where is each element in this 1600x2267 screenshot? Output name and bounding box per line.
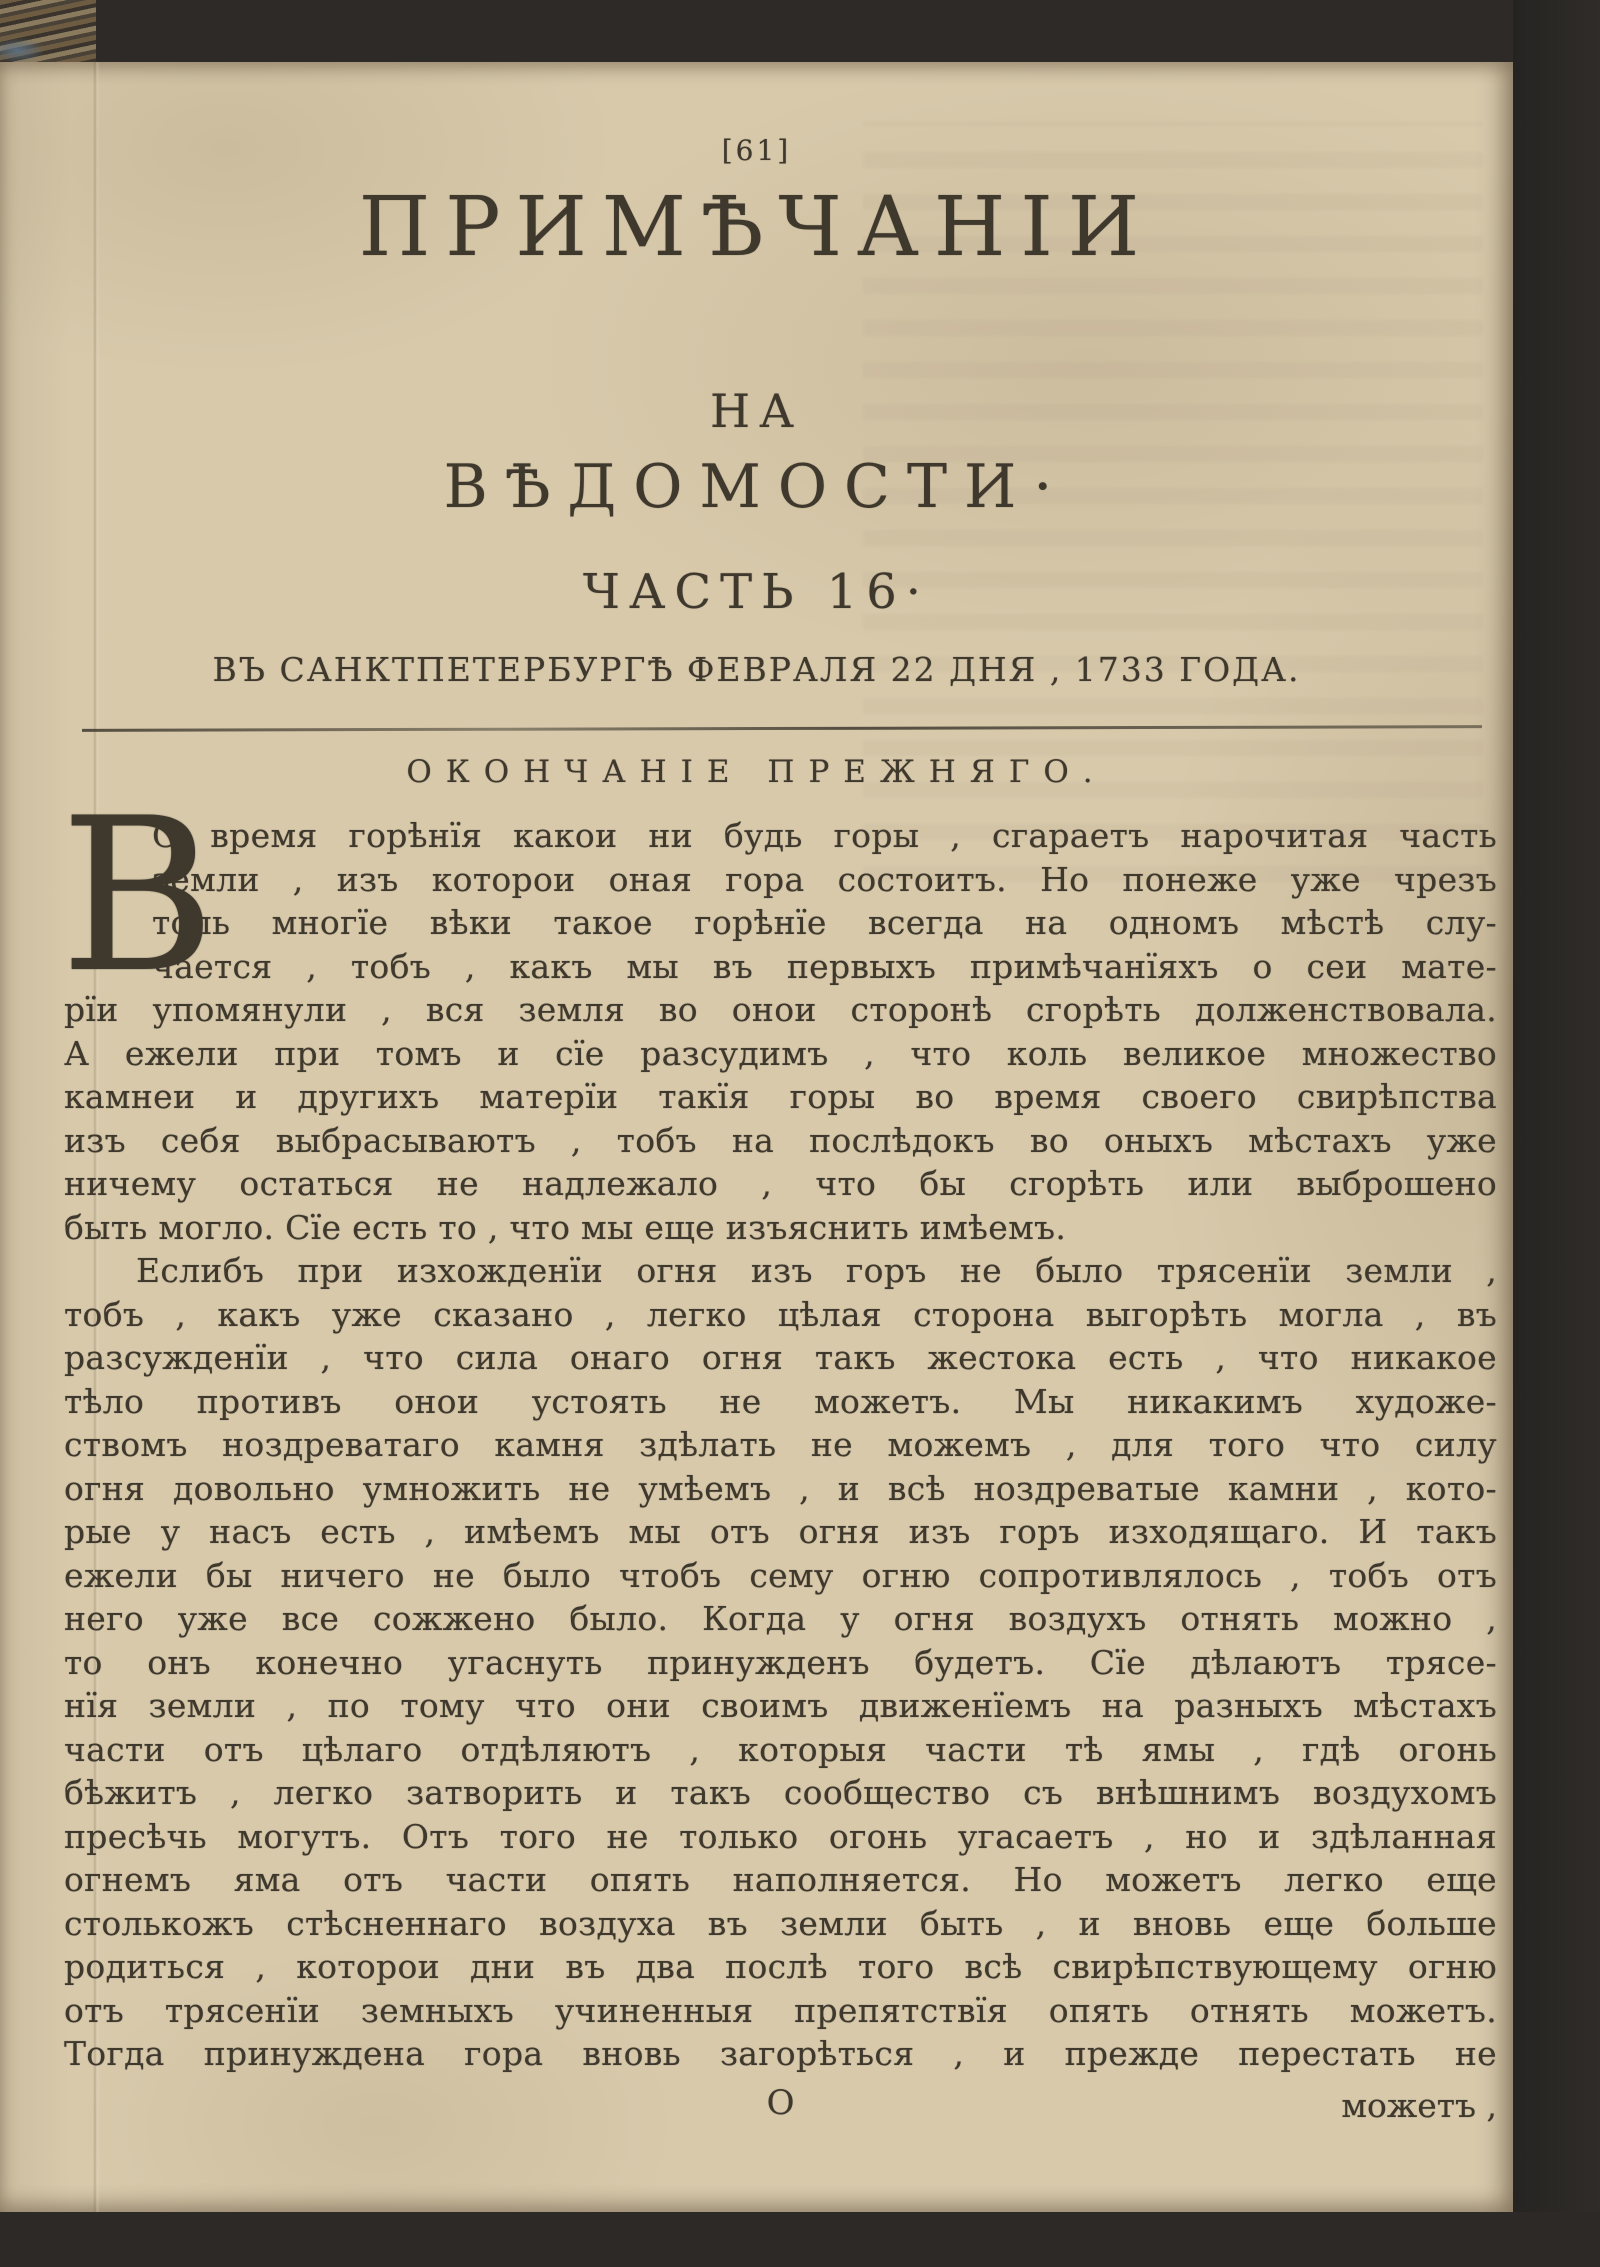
- section-divider-rule: [82, 725, 1482, 732]
- body-text-line: тобъ , какъ уже сказано , легко цѣлая ст…: [64, 1293, 1497, 1337]
- body-text-line: чается , тобъ , какъ мы въ первыхъ примѣ…: [152, 945, 1497, 989]
- catchword: можетъ ,: [1341, 2084, 1497, 2128]
- body-text-line: родиться , которои дни въ два послѣ того…: [64, 1945, 1497, 1989]
- body-text-line: огнемъ яма отъ части опять наполняется. …: [64, 1858, 1497, 1902]
- body-text-line: части отъ цѣлаго отдѣляютъ , которыя час…: [64, 1728, 1497, 1772]
- body-text-line: столькожъ стѣсненнаго воздуха въ земли б…: [64, 1902, 1497, 1946]
- drop-cap-initial: В: [60, 790, 216, 1002]
- imprint-dateline: ВЪ САНКТПЕТЕРБУРГѢ ФЕВРАЛЯ 22 ДНЯ , 1733…: [0, 650, 1513, 689]
- signature-row: О можетъ ,: [64, 2082, 1497, 2128]
- body-text-line: ежели бы ничего не было чтобъ сему огню …: [64, 1554, 1497, 1598]
- body-text-line: Еслибъ при изхожденїи огня изъ горъ не б…: [64, 1249, 1497, 1293]
- body-text-line: разсужденїи , что сила онаго огня такъ ж…: [64, 1336, 1497, 1380]
- paragraph-2: Еслибъ при изхожденїи огня изъ горъ не б…: [64, 1249, 1497, 2076]
- body-text-line: тѣло противъ онои устоять не можетъ. Мы …: [64, 1380, 1497, 1424]
- body-text-line: О время горѣнїя какои ни будь горы , сга…: [152, 814, 1497, 858]
- body-text-line: ничему остаться не надлежало , что бы сг…: [64, 1162, 1497, 1206]
- document-page: [61] ПРИМѢЧАНІИ НА ВѢДОМОСТИ· ЧАСТЬ 16· …: [0, 62, 1513, 2212]
- body-text-line: отъ трясенїи земныхъ учиненныя препятств…: [64, 1989, 1497, 2033]
- body-text-line: рїи упомянули , вся земля во онои сторон…: [64, 988, 1497, 1032]
- body-text-line: него уже все сожжено было. Когда у огня …: [64, 1597, 1497, 1641]
- scan-frame-right: [1513, 0, 1600, 2267]
- page-number: [61]: [0, 134, 1513, 167]
- scan-frame-bottom: [0, 2212, 1600, 2267]
- body-text-line: земли , изъ которои оная гора состоитъ. …: [152, 858, 1497, 902]
- page-title: ПРИМѢЧАНІИ: [0, 180, 1513, 275]
- subtitle-vedomosti: ВѢДОМОСТИ·: [0, 452, 1513, 522]
- body-text-line: рые у насъ есть , имѣемъ мы отъ огня изъ…: [64, 1510, 1497, 1554]
- body-text-line: толь многїе вѣки такое горѣнїе всегда на…: [152, 901, 1497, 945]
- body-text-line: А ежели при томъ и сїе разсудимъ , что к…: [64, 1032, 1497, 1076]
- section-heading: ОКОНЧАНІЕ ПРЕЖНЯГО.: [0, 754, 1513, 790]
- paragraph-1: О время горѣнїя какои ни будь горы , сга…: [64, 814, 1497, 1249]
- body-text-line: Тогда принуждена гора вновь загорѣться ,…: [64, 2032, 1497, 2076]
- part-number-line: ЧАСТЬ 16·: [0, 564, 1513, 620]
- scan-frame-top: [0, 0, 1600, 62]
- subtitle-na: НА: [0, 384, 1513, 438]
- body-text-line: камнеи и другихъ матерїи такїя горы во в…: [64, 1075, 1497, 1119]
- body-text-line: ствомъ ноздреватаго камня здѣлать не мож…: [64, 1423, 1497, 1467]
- body-text-line: быть могло. Сїе есть то , что мы еще изъ…: [64, 1206, 1497, 1250]
- body-text-line: то онъ конечно угаснуть принужденъ будет…: [64, 1641, 1497, 1685]
- body-text-line: нїя земли , по тому что они своимъ движе…: [64, 1684, 1497, 1728]
- body-text-block: В О время горѣнїя какои ни будь горы , с…: [64, 814, 1497, 2128]
- body-text-line: пресѣчь могутъ. Отъ того не только огонь…: [64, 1815, 1497, 1859]
- gathering-signature: О: [64, 2082, 1497, 2126]
- body-text-line: изъ себя выбрасываютъ , тобъ на послѣдок…: [64, 1119, 1497, 1163]
- body-text-line: бѣжитъ , легко затворить и такъ сообщест…: [64, 1771, 1497, 1815]
- body-text-line: огня довольно умножить не умѣемъ , и всѣ…: [64, 1467, 1497, 1511]
